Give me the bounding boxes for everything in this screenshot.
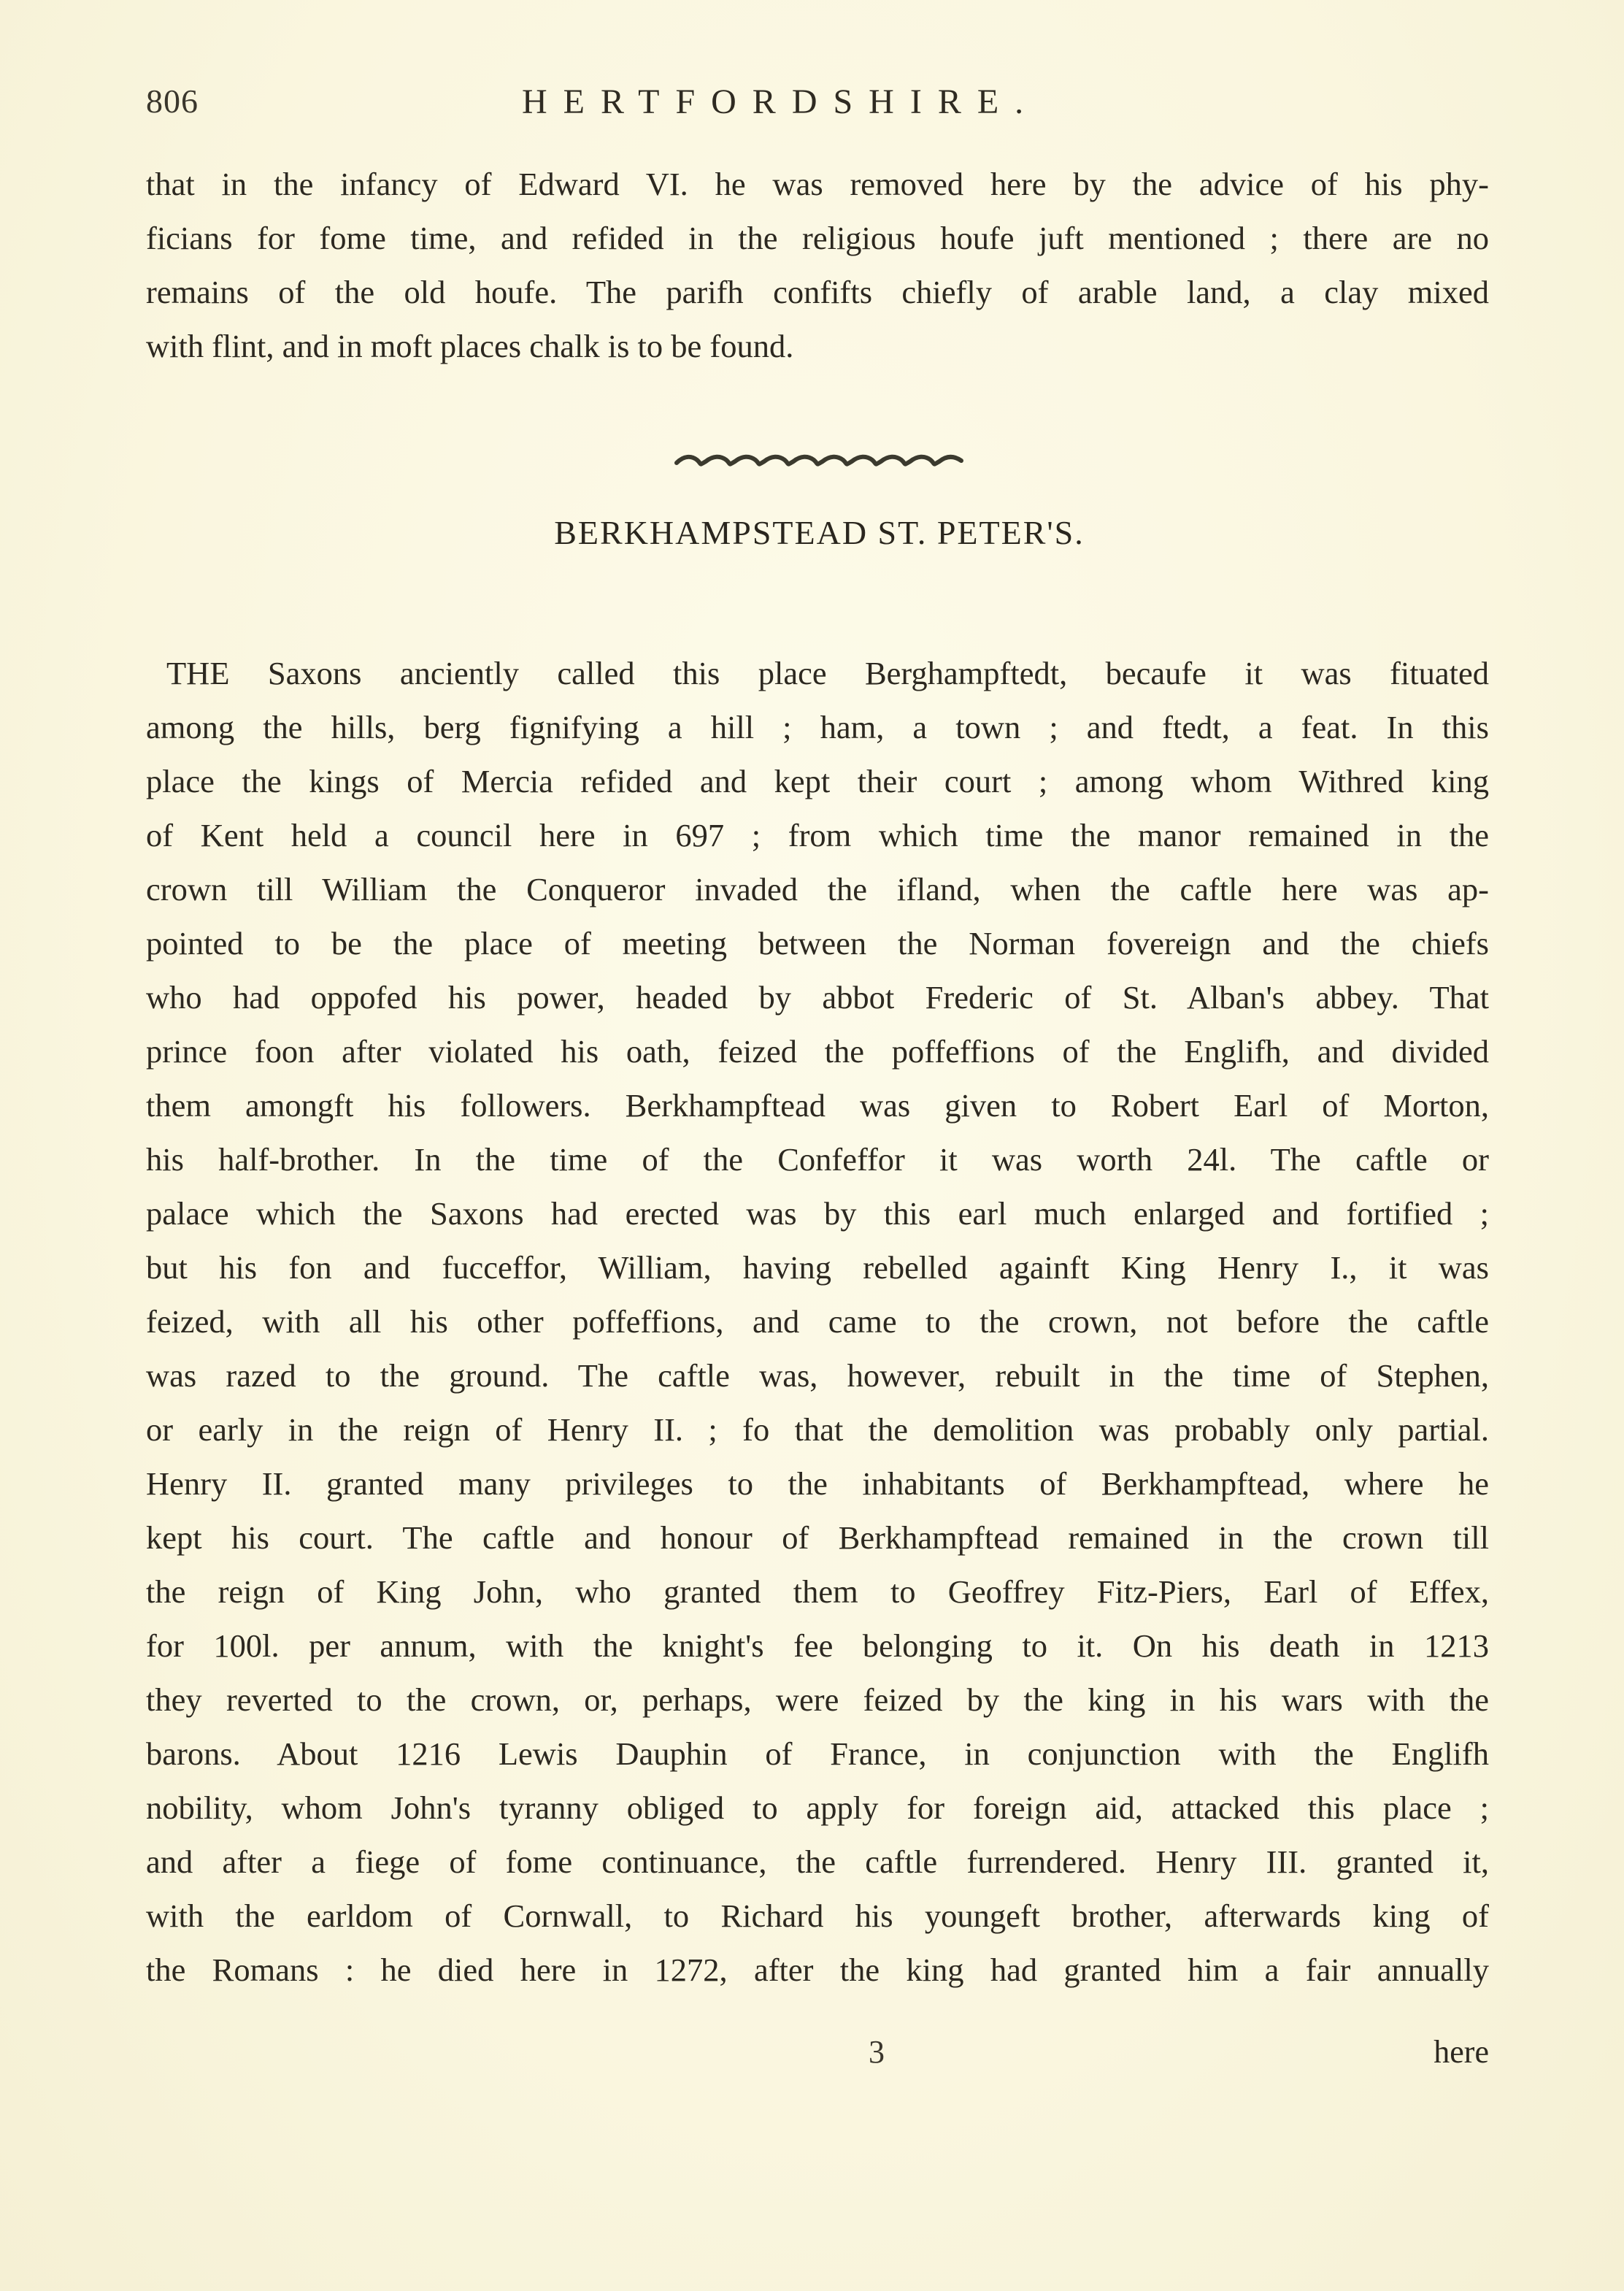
continuation-paragraph: that in the infancy of Edward VI. he was…: [146, 157, 1489, 373]
running-head: 806 HERTFORDSHIRE.: [146, 82, 1489, 126]
text-line: with the earldom of Cornwall, to Richard…: [146, 1889, 1489, 1943]
text-line: them amongft his followers. Berkhampftea…: [146, 1078, 1489, 1132]
page-footer: 3 here: [146, 2033, 1489, 2077]
text-line: THE Saxons anciently called this place B…: [146, 646, 1489, 700]
text-line: that in the infancy of Edward VI. he was…: [146, 157, 1489, 211]
text-line: his half-brother. In the time of the Con…: [146, 1132, 1489, 1186]
text-line: kept his court. The caftle and honour of…: [146, 1511, 1489, 1565]
text-line: the reign of King John, who granted them…: [146, 1565, 1489, 1619]
text-line: was razed to the ground. The caftle was,…: [146, 1348, 1489, 1402]
text-line: palace which the Saxons had erected was …: [146, 1186, 1489, 1240]
catchword: here: [1433, 2033, 1489, 2071]
section-heading: BERKHAMPSTEAD ST. PETER'S.: [0, 513, 1624, 552]
text-line: remains of the old houfe. The parifh con…: [146, 265, 1489, 319]
text-line: pointed to be the place of meeting betwe…: [146, 916, 1489, 970]
page-number: 806: [146, 82, 199, 120]
text-line: among the hills, berg fignifying a hill …: [146, 700, 1489, 754]
text-line: ficians for fome time, and refided in th…: [146, 211, 1489, 265]
wavy-rule-ornament-icon: [673, 450, 965, 472]
text-line: and after a fiege of fome continuance, t…: [146, 1835, 1489, 1889]
text-line: who had oppofed his power, headed by abb…: [146, 970, 1489, 1024]
text-line: or early in the reign of Henry II. ; fo …: [146, 1402, 1489, 1457]
text-line: but his fon and fucceffor, William, havi…: [146, 1240, 1489, 1294]
text-line: prince foon after violated his oath, fei…: [146, 1024, 1489, 1078]
text-line: of Kent held a council here in 697 ; fro…: [146, 808, 1489, 862]
section-heading-text: BERKHAMPSTEAD ST. PETER'S.: [554, 513, 1085, 552]
text-line: nobility, whom John's tyranny obliged to…: [146, 1781, 1489, 1835]
signature-mark: 3: [869, 2033, 885, 2071]
text-line: Henry II. granted many privileges to the…: [146, 1457, 1489, 1511]
section-paragraph: THE Saxons anciently called this place B…: [146, 646, 1489, 1997]
running-title: HERTFORDSHIRE.: [522, 82, 1039, 122]
text-line: place the kings of Mercia refided and ke…: [146, 754, 1489, 808]
text-line: they reverted to the crown, or, perhaps,…: [146, 1673, 1489, 1727]
text-line: feized, with all his other poffeffions, …: [146, 1294, 1489, 1348]
text-line: the Romans : he died here in 1272, after…: [146, 1943, 1489, 1997]
text-line: barons. About 1216 Lewis Dauphin of Fran…: [146, 1727, 1489, 1781]
text-line: for 100l. per annum, with the knight's f…: [146, 1619, 1489, 1673]
book-page: 806 HERTFORDSHIRE. that in the infancy o…: [0, 0, 1624, 2291]
text-line: crown till William the Conqueror invaded…: [146, 862, 1489, 916]
text-line: with flint, and in moft places chalk is …: [146, 319, 1489, 373]
